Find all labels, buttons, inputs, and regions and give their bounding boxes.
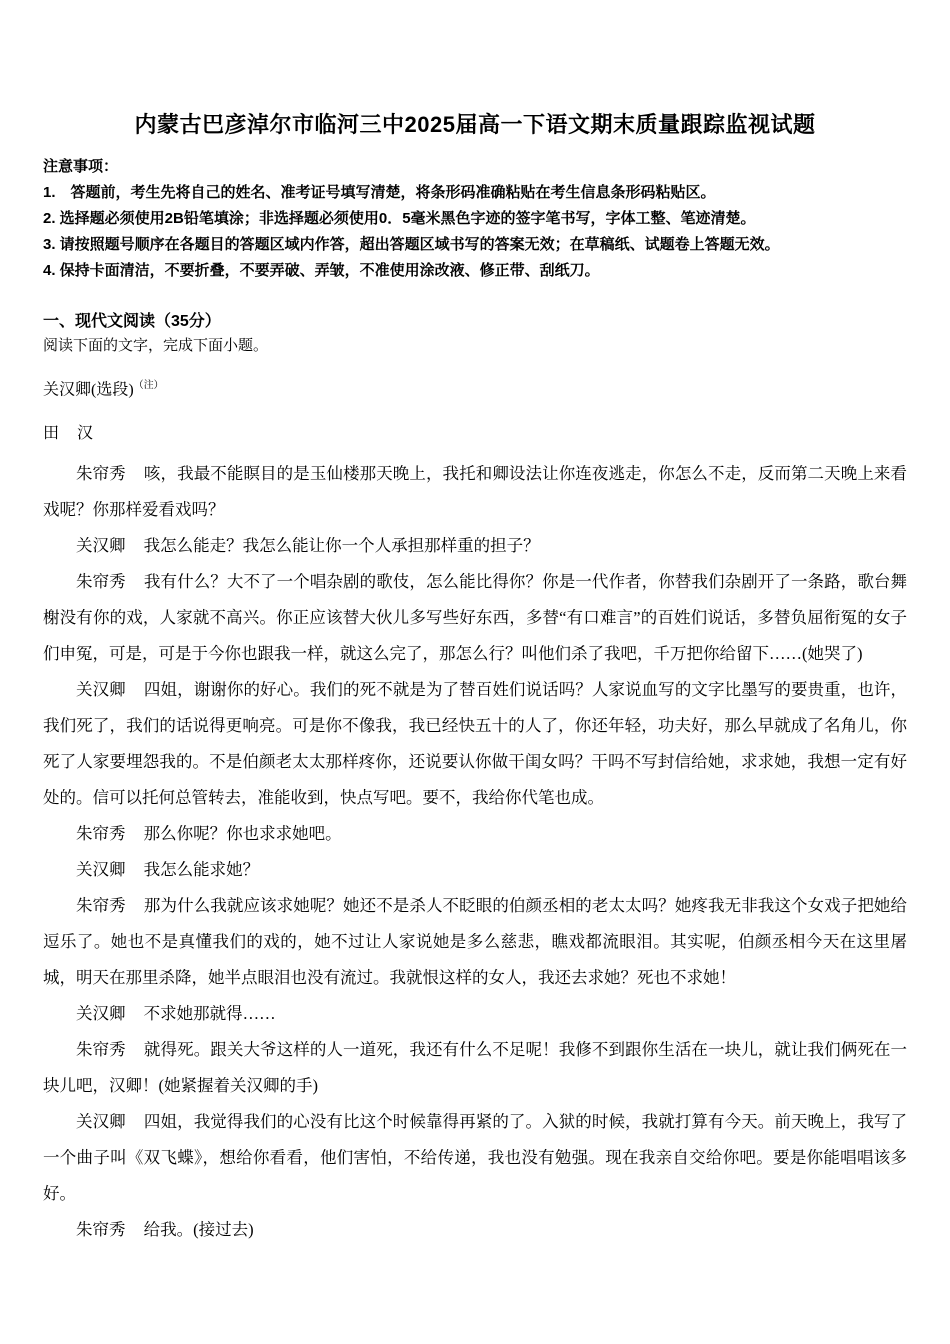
dialogue-text: 那为什么我就应该求她呢？她还不是杀人不眨眼的伯颜丞相的老太太吗？她疼我无非我这个… xyxy=(43,896,907,987)
dialogue-paragraph: 朱帘秀那为什么我就应该求她呢？她还不是杀人不眨眼的伯颜丞相的老太太吗？她疼我无非… xyxy=(43,888,907,996)
dialogue-text: 四姐，我觉得我们的心没有比这个时候靠得再紧的了。入狱的时候，我就打算有今天。前天… xyxy=(43,1112,907,1203)
dialogue-paragraph: 朱帘秀我有什么？大不了一个唱杂剧的歌伎，怎么能比得你？你是一代作者，你替我们杂剧… xyxy=(43,564,907,672)
dialogue-text: 我有什么？大不了一个唱杂剧的歌伎，怎么能比得你？你是一代作者，你替我们杂剧开了一… xyxy=(43,572,907,663)
dialogue-text: 给我。(接过去) xyxy=(144,1220,254,1239)
passage-author: 田 汉 xyxy=(43,422,907,446)
speaker-name: 关汉卿 xyxy=(76,536,126,555)
notice-item-1: 1. 答题前，考生先将自己的姓名、准考证号填写清楚，将条形码准确粘贴在考生信息条… xyxy=(43,180,907,206)
speaker-name: 关汉卿 xyxy=(76,1112,126,1131)
dialogue-text: 那么你呢？你也求求她吧。 xyxy=(144,824,342,843)
page-title: 内蒙古巴彦淖尔市临河三中2025届高一下语文期末质量跟踪监视试题 xyxy=(43,110,907,140)
dialogue-paragraph: 关汉卿四姐，我觉得我们的心没有比这个时候靠得再紧的了。入狱的时候，我就打算有今天… xyxy=(43,1104,907,1212)
dialogue-paragraph: 朱帘秀那么你呢？你也求求她吧。 xyxy=(43,816,907,852)
passage-title-note: （注） xyxy=(134,380,164,391)
modern-reading-section: 一、现代文阅读（35分） 阅读下面的文字，完成下面小题。 关汉卿(选段)（注） … xyxy=(43,310,907,1248)
passage-title-text: 关汉卿(选段) xyxy=(43,381,134,398)
section-heading: 一、现代文阅读（35分） xyxy=(43,310,907,334)
dialogue-text: 我怎么能走？我怎么能让你一个人承担那样重的担子？ xyxy=(144,536,540,555)
speaker-name: 朱帘秀 xyxy=(76,896,126,915)
speaker-name: 朱帘秀 xyxy=(76,572,126,591)
exam-paper: 内蒙古巴彦淖尔市临河三中2025届高一下语文期末质量跟踪监视试题 注意事项： 1… xyxy=(0,0,950,1344)
speaker-name: 关汉卿 xyxy=(76,860,126,879)
speaker-name: 朱帘秀 xyxy=(76,464,126,483)
dialogue-paragraph: 关汉卿我怎么能走？我怎么能让你一个人承担那样重的担子？ xyxy=(43,528,907,564)
dialogue-paragraph: 朱帘秀咳，我最不能瞑目的是玉仙楼那天晚上，我托和卿设法让你连夜逃走，你怎么不走，… xyxy=(43,456,907,528)
dialogue-text: 四姐，谢谢你的好心。我们的死不就是为了替百姓们说话吗？人家说血写的文字比墨写的要… xyxy=(43,680,907,807)
dialogue-text: 我怎么能求她？ xyxy=(144,860,260,879)
dialogue-paragraph: 关汉卿四姐，谢谢你的好心。我们的死不就是为了替百姓们说话吗？人家说血写的文字比墨… xyxy=(43,672,907,816)
notice-item-4: 4. 保持卡面清洁，不要折叠，不要弄破、弄皱，不准使用涂改液、修正带、刮纸刀。 xyxy=(43,258,907,284)
section-instruction: 阅读下面的文字，完成下面小题。 xyxy=(43,334,907,358)
passage-title: 关汉卿(选段)（注） xyxy=(43,374,907,402)
dialogue-paragraph: 关汉卿不求她那就得…… xyxy=(43,996,907,1032)
dialogue-text: 就得死。跟关大爷这样的人一道死，我还有什么不足呢！我修不到跟你生活在一块儿，就让… xyxy=(43,1040,907,1095)
dialogue-paragraph: 关汉卿我怎么能求她？ xyxy=(43,852,907,888)
speaker-name: 朱帘秀 xyxy=(76,1220,126,1239)
dialogue-paragraph: 朱帘秀给我。(接过去) xyxy=(43,1212,907,1248)
dialogue-text: 咳，我最不能瞑目的是玉仙楼那天晚上，我托和卿设法让你连夜逃走，你怎么不走，反而第… xyxy=(43,464,907,519)
speaker-name: 朱帘秀 xyxy=(76,824,126,843)
notice-item-3: 3. 请按照题号顺序在各题目的答题区域内作答，超出答题区域书写的答案无效；在草稿… xyxy=(43,232,907,258)
speaker-name: 关汉卿 xyxy=(76,1004,126,1023)
passage-body: 朱帘秀咳，我最不能瞑目的是玉仙楼那天晚上，我托和卿设法让你连夜逃走，你怎么不走，… xyxy=(43,456,907,1248)
speaker-name: 朱帘秀 xyxy=(76,1040,126,1059)
notice-section: 注意事项： 1. 答题前，考生先将自己的姓名、准考证号填写清楚，将条形码准确粘贴… xyxy=(43,154,907,284)
notice-heading: 注意事项： xyxy=(43,154,907,180)
dialogue-paragraph: 朱帘秀就得死。跟关大爷这样的人一道死，我还有什么不足呢！我修不到跟你生活在一块儿… xyxy=(43,1032,907,1104)
speaker-name: 关汉卿 xyxy=(76,680,126,699)
notice-item-2: 2. 选择题必须使用2B铅笔填涂；非选择题必须使用0．5毫米黑色字迹的签字笔书写… xyxy=(43,206,907,232)
dialogue-text: 不求她那就得…… xyxy=(144,1004,276,1023)
